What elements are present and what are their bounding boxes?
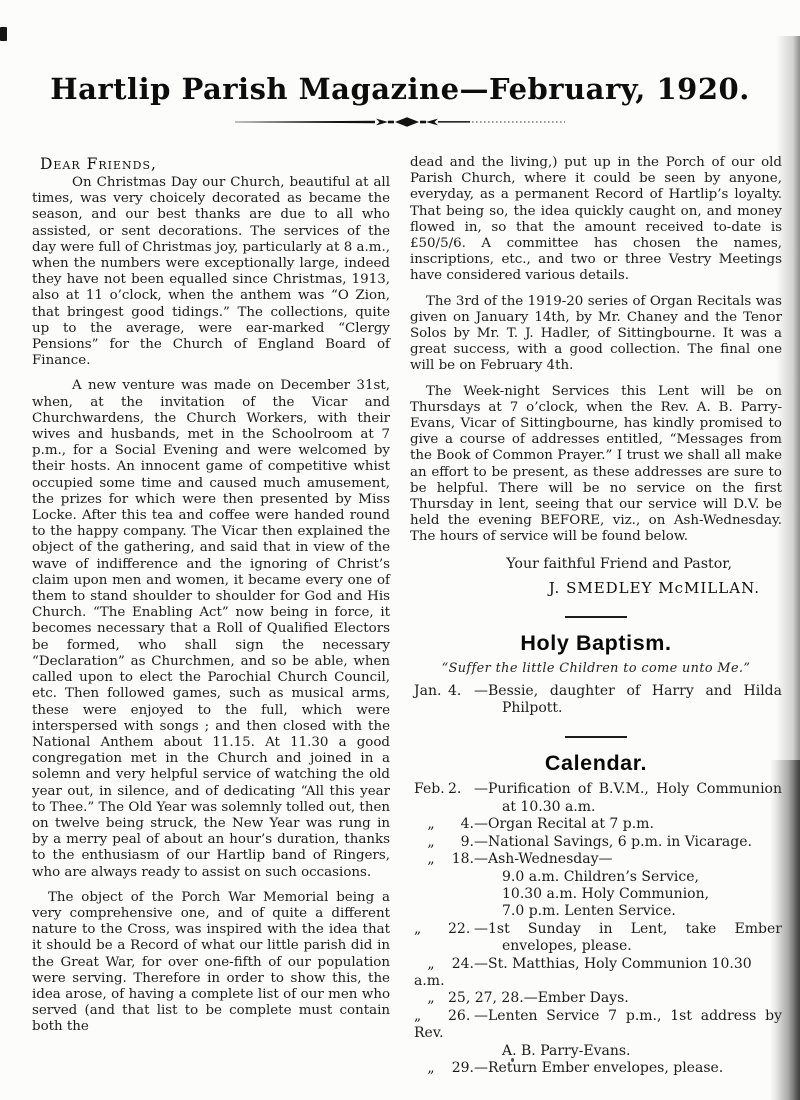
entry-month: Feb. xyxy=(414,781,448,798)
entry-text: —1st Sunday in Lent, take Ember xyxy=(474,921,782,937)
paragraph-lent-services: The Week-night Services this Lent will b… xyxy=(410,384,782,546)
entry-continuation: envelopes, please. xyxy=(502,938,782,955)
entry-line: „9.—National Savings, 6 p.m. in Vicarage… xyxy=(410,834,782,851)
calendar-entries: Feb.2.—Purification of B.V.M., Holy Comm… xyxy=(410,781,782,1077)
entry-text: —Ember Days. xyxy=(524,990,629,1006)
entry-day: 4. xyxy=(448,816,474,833)
title-divider-ornament xyxy=(235,115,565,129)
entry-day: 26. xyxy=(448,1008,474,1025)
entry-ditto: „ xyxy=(414,851,448,868)
calendar-entry-ember-days: „25, 27, 28.—Ember Days. xyxy=(410,990,782,1007)
paragraph-memorial-continued: dead and the living,) put up in the Porc… xyxy=(410,155,782,285)
magazine-page: Hartlip Parish Magazine—February, 1920. … xyxy=(0,0,800,1100)
calendar-entry-feb29: „29.—Return Ember envelopes, please. xyxy=(410,1060,782,1077)
baptism-entry: Jan.4.—Bessie, daughter of Harry and Hil… xyxy=(410,683,782,718)
entry-line: Feb.2.—Purification of B.V.M., Holy Comm… xyxy=(410,781,782,798)
entry-day: 4. xyxy=(448,683,474,700)
page-title: Hartlip Parish Magazine—February, 1920. xyxy=(0,72,800,106)
entry-day: 22. xyxy=(448,921,474,938)
entry-day: 29. xyxy=(448,1060,474,1077)
paragraph-organ-recitals: The 3rd of the 1919-20 series of Organ R… xyxy=(410,294,782,375)
section-divider xyxy=(565,616,627,618)
paragraph-war-memorial: The object of the Porch War Memorial bei… xyxy=(32,890,390,1036)
entry-ditto: „ xyxy=(414,956,448,973)
left-column: Dear Friends, On Christmas Day our Churc… xyxy=(32,155,390,1077)
paragraph-social-evening: A new venture was made on December 31st,… xyxy=(32,378,390,880)
baptism-quote: “Suffer the little Children to come unto… xyxy=(410,661,782,676)
entry-subline: 7.0 p.m. Lenten Service. xyxy=(502,903,782,920)
calendar-heading: Calendar. xyxy=(410,751,782,776)
entry-text: —Organ Recital at 7 p.m. xyxy=(474,816,654,832)
salutation: Dear Friends, xyxy=(32,155,390,173)
baptism-entry-line: Jan.4.—Bessie, daughter of Harry and Hil… xyxy=(410,683,782,700)
entry-day: 9. xyxy=(448,834,474,851)
calendar-entry-feb22: „22.—1st Sunday in Lent, take Ember enve… xyxy=(410,921,782,956)
calendar-entry-feb9: „9.—National Savings, 6 p.m. in Vicarage… xyxy=(410,834,782,851)
calendar-entry-feb4: „4.—Organ Recital at 7 p.m. xyxy=(410,816,782,833)
closing-line: Your faithful Friend and Pastor, xyxy=(410,556,782,572)
entry-subline: 10.30 a.m. Holy Communion, xyxy=(502,886,782,903)
entry-day: 2. xyxy=(448,781,474,798)
entry-line: „4.—Organ Recital at 7 p.m. xyxy=(410,816,782,833)
masthead: Hartlip Parish Magazine—February, 1920. xyxy=(0,0,800,129)
entry-day: 18. xyxy=(448,851,474,868)
entry-continuation: A. B. Parry-Evans. xyxy=(502,1043,782,1060)
entry-line: „18.—Ash-Wednesday— xyxy=(410,851,782,868)
entry-line: „25, 27, 28.—Ember Days. xyxy=(410,990,782,1007)
entry-text: —Bessie, daughter of Harry and Hilda xyxy=(474,683,782,699)
scan-blot-artifact xyxy=(0,27,7,41)
entry-line: „26.—Lenten Service 7 p.m., 1st address … xyxy=(410,1008,782,1043)
right-column: dead and the living,) put up in the Porc… xyxy=(410,155,782,1077)
entry-text: —National Savings, 6 p.m. in Vicarage. xyxy=(474,834,752,850)
calendar-entry-feb18: „18.—Ash-Wednesday— 9.0 a.m. Children’s … xyxy=(410,851,782,921)
signature: J. SMEDLEY McMILLAN. xyxy=(410,579,782,597)
calendar-section: Calendar. Feb.2.—Purification of B.V.M.,… xyxy=(410,751,782,1077)
entry-continuation: Philpott. xyxy=(502,700,782,717)
entry-ditto: „ xyxy=(414,1008,448,1025)
entry-line: „24.—St. Matthias, Holy Communion 10.30 … xyxy=(410,956,782,991)
calendar-entry-feb24: „24.—St. Matthias, Holy Communion 10.30 … xyxy=(410,956,782,991)
entry-ditto: „ xyxy=(414,816,448,833)
entry-text: —Return Ember envelopes, please. xyxy=(474,1060,723,1076)
entry-subline: 9.0 a.m. Children’s Service, xyxy=(502,869,782,886)
entry-line: „29.—Return Ember envelopes, please. xyxy=(410,1060,782,1077)
entry-ditto: „ xyxy=(414,921,448,938)
paragraph-christmas: On Christmas Day our Church, beautiful a… xyxy=(32,175,390,369)
baptism-heading: Holy Baptism. xyxy=(410,631,782,656)
entry-ditto: „ xyxy=(414,834,448,851)
entry-continuation: at 10.30 a.m. xyxy=(502,799,782,816)
entry-ditto: „ xyxy=(414,1060,448,1077)
entry-day: 25, 27, 28. xyxy=(448,990,524,1007)
entry-line: „22.—1st Sunday in Lent, take Ember xyxy=(410,921,782,938)
baptism-section: Holy Baptism. “Suffer the little Childre… xyxy=(410,631,782,718)
entry-ditto: „ xyxy=(414,990,448,1007)
section-divider xyxy=(565,736,627,738)
entry-month: Jan. xyxy=(414,683,448,700)
entry-text: —Purification of B.V.M., Holy Communion xyxy=(474,781,782,797)
entry-text: —Ash-Wednesday— xyxy=(474,851,612,867)
stray-dot-artifact xyxy=(511,1058,514,1062)
calendar-entry-feb26: „26.—Lenten Service 7 p.m., 1st address … xyxy=(410,1008,782,1060)
entry-day: 24. xyxy=(448,956,474,973)
content-columns: Dear Friends, On Christmas Day our Churc… xyxy=(32,155,800,1077)
calendar-entry-feb2: Feb.2.—Purification of B.V.M., Holy Comm… xyxy=(410,781,782,816)
